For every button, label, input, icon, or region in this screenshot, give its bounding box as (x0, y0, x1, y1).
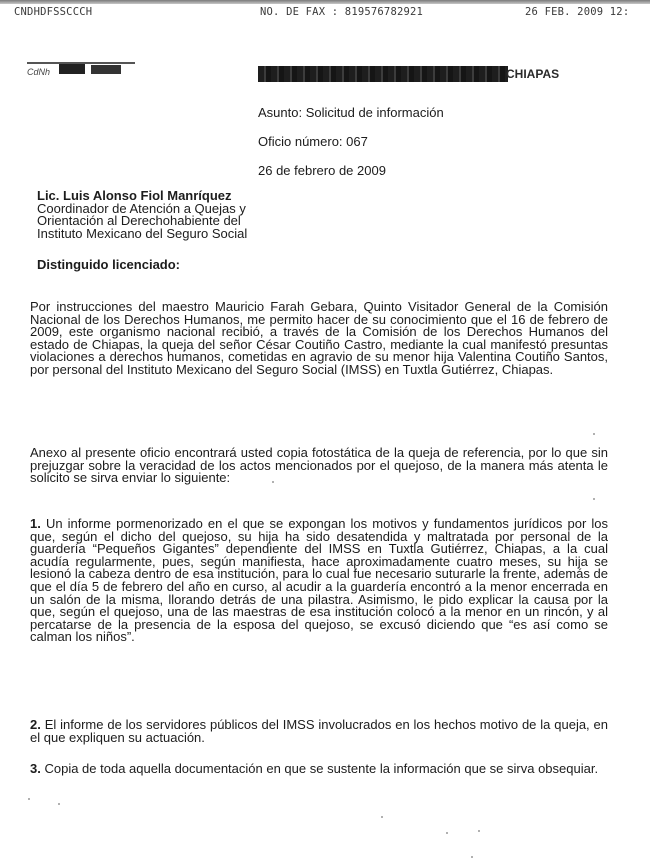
body-paragraph-annex: Anexo al presente oficio encontrará uste… (30, 447, 608, 485)
redaction-block (59, 64, 85, 74)
request-item-1: 1. Un informe pormenorizado en el que se… (30, 518, 608, 644)
redaction-block (91, 65, 121, 74)
redacted-fragment-text: CdNh (27, 67, 50, 77)
scan-speck (593, 498, 595, 500)
body-paragraph-intro: Por instrucciones del maestro Mauricio F… (30, 301, 608, 377)
request-text: Un informe pormenorizado en el que se ex… (30, 516, 608, 644)
request-number: 3. (30, 761, 41, 776)
scan-speck (593, 433, 595, 435)
fax-number-line: NO. DE FAX : 819576782921 (260, 6, 423, 18)
fax-top-rule (0, 0, 650, 4)
fax-sender-id: CNDHDFSSCCCH (14, 6, 92, 18)
fax-number-label: NO. DE FAX : (260, 6, 338, 18)
request-text: Copia de toda aquella documentación en q… (44, 761, 598, 776)
scan-speck (471, 856, 473, 858)
fax-number-value: 819576782921 (345, 6, 423, 18)
redacted-letterhead-left: CdNh (27, 62, 137, 76)
scan-speck (58, 803, 60, 805)
recipient-title-line: Instituto Mexicano del Seguro Social (37, 228, 337, 241)
scan-speck (381, 816, 383, 818)
reference-tail-text: CHIAPAS (506, 67, 559, 81)
scan-speck (478, 830, 480, 832)
scan-speck (272, 481, 274, 483)
scan-speck (446, 832, 448, 834)
fax-timestamp: 26 FEB. 2009 12: (525, 6, 629, 18)
request-item-2: 2. El informe de los servidores públicos… (30, 719, 608, 744)
letter-date: 26 de febrero de 2009 (258, 163, 386, 178)
request-text: El informe de los servidores públicos de… (30, 717, 608, 745)
redacted-reference-number (258, 66, 508, 82)
subject-line: Asunto: Solicitud de información (258, 105, 444, 120)
salutation: Distinguido licenciado: (37, 257, 180, 272)
scan-speck (28, 798, 30, 800)
recipient-block: Lic. Luis Alonso Fiol Manríquez Coordina… (37, 190, 337, 240)
request-item-3: 3. Copia de toda aquella documentación e… (30, 763, 608, 776)
office-number: Oficio número: 067 (258, 134, 368, 149)
fax-transmission-header: CNDHDFSSCCCH NO. DE FAX : 819576782921 2… (0, 6, 650, 22)
